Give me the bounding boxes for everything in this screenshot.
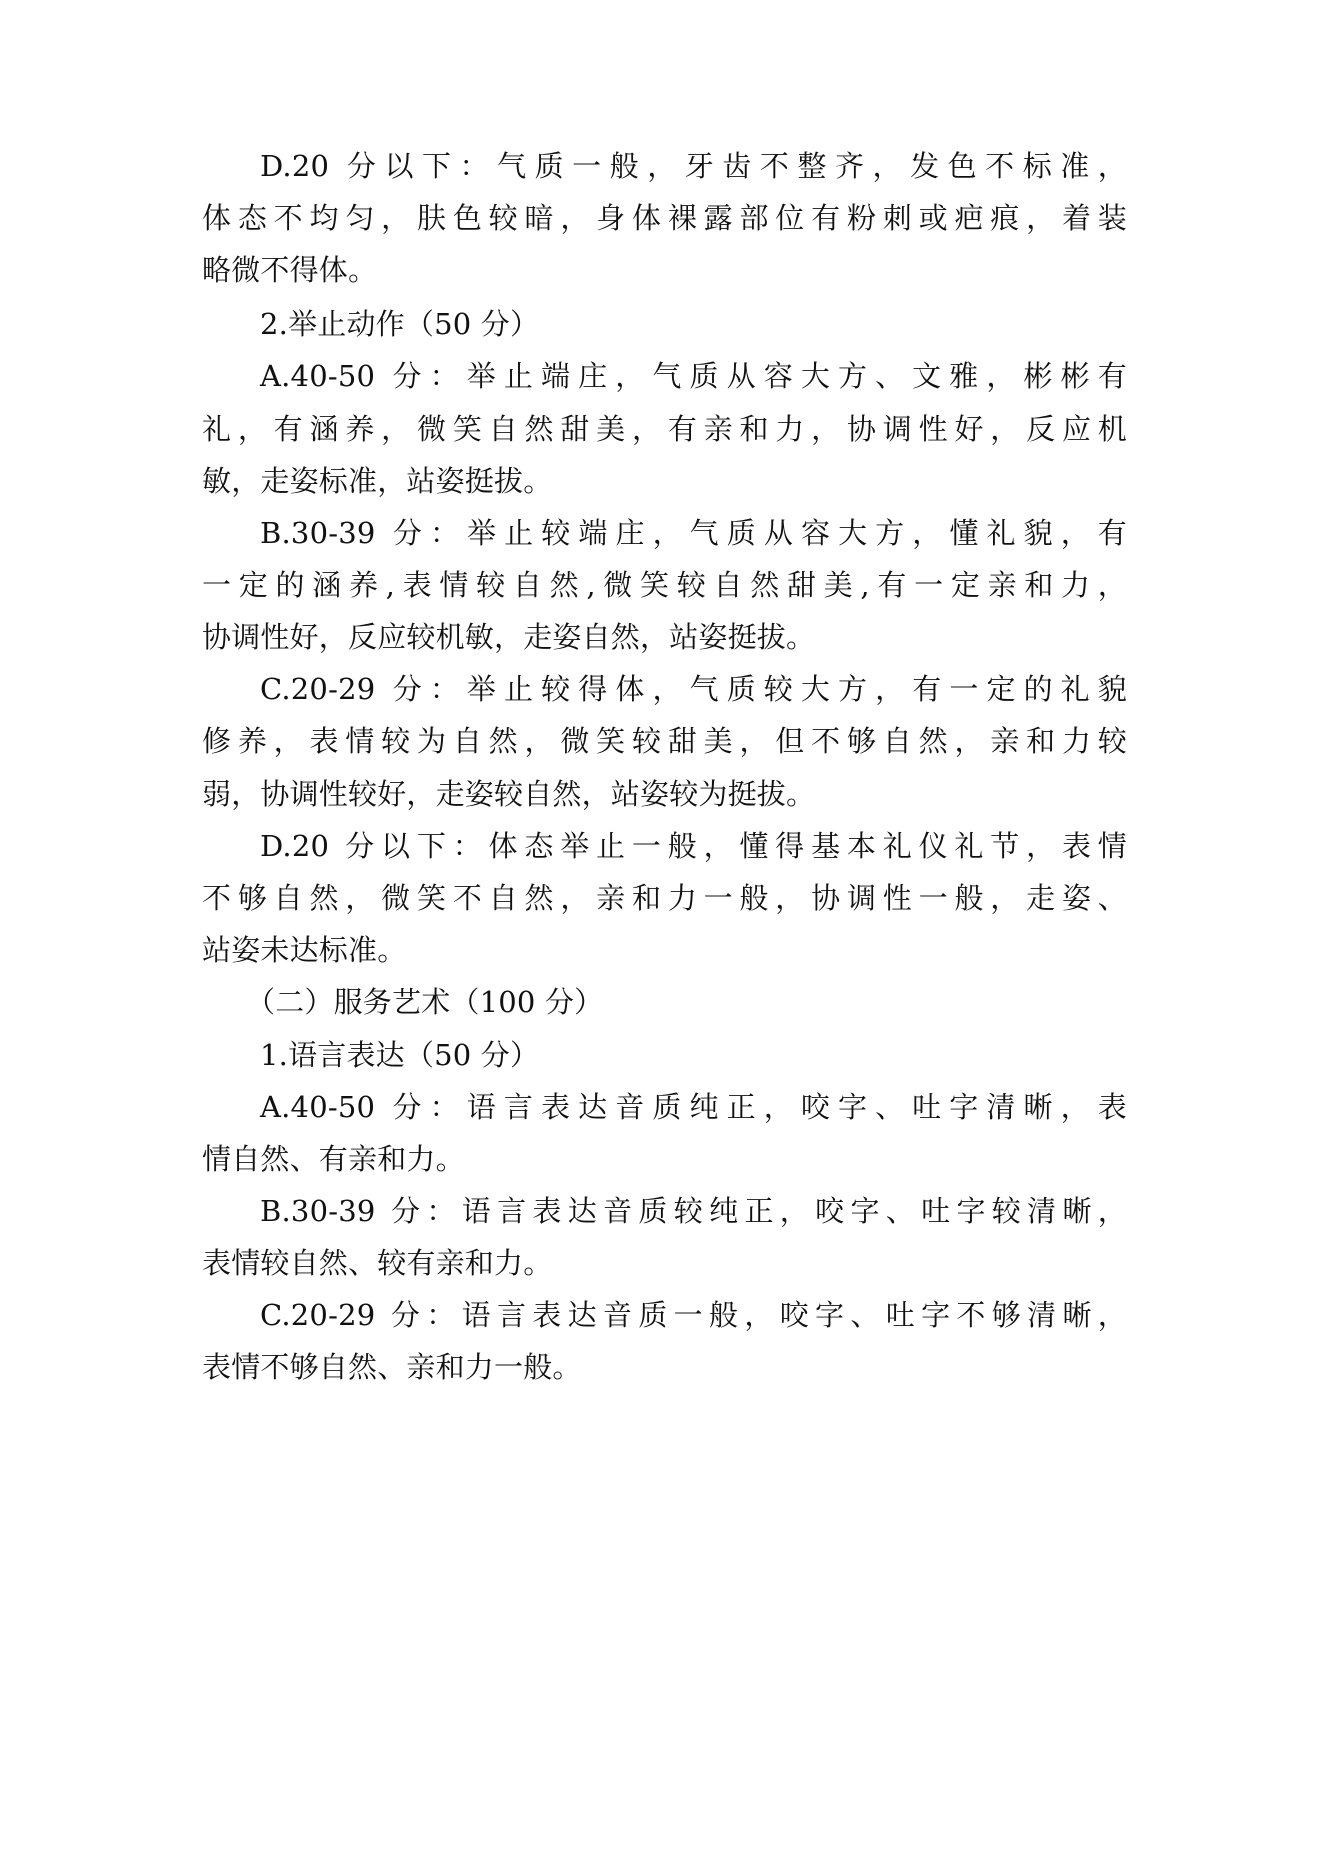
document-page: D.20 分以下：气质一般，牙齿不整齐，发色不标准， 体态不均匀，肤色较暗，身体… — [0, 0, 1323, 1871]
paragraph-deportment-d-line-2: 不够自然，微笑不自然，亲和力一般，协调性一般，走姿、 — [202, 872, 1127, 924]
paragraph-language-a-line-2: 情自然、有亲和力。 — [202, 1133, 1127, 1185]
paragraph-language-c-line-2: 表情不够自然、亲和力一般。 — [202, 1341, 1127, 1393]
paragraph-language-a-line-1: A.40-50 分：语言表达音质纯正，咬字、吐字清晰，表 — [260, 1081, 1127, 1133]
paragraph-deportment-c-line-1: C.20-29 分：举止较得体，气质较大方，有一定的礼貌 — [260, 663, 1127, 715]
paragraph-deportment-b-line-2: 一定的涵养,表情较自然,微笑较自然甜美,有一定亲和力， — [202, 559, 1127, 611]
paragraph-appearance-d-line-1: D.20 分以下：气质一般，牙齿不整齐，发色不标准， — [260, 140, 1127, 192]
paragraph-deportment-b-line-3: 协调性好，反应较机敏，走姿自然，站姿挺拔。 — [202, 611, 1127, 663]
paragraph-language-c-line-1: C.20-29 分：语言表达音质一般，咬字、吐字不够清晰， — [260, 1289, 1127, 1341]
paragraph-deportment-c-line-2: 修养，表情较为自然，微笑较甜美，但不够自然，亲和力较 — [202, 715, 1127, 767]
paragraph-deportment-d-line-3: 站姿未达标准。 — [202, 924, 1127, 976]
paragraph-deportment-d-line-1: D.20 分以下：体态举止一般，懂得基本礼仪礼节，表情 — [260, 820, 1127, 872]
paragraph-language-b-line-1: B.30-39 分：语言表达音质较纯正，咬字、吐字较清晰， — [260, 1185, 1127, 1237]
paragraph-deportment-a-line-1: A.40-50 分：举止端庄，气质从容大方、文雅，彬彬有 — [260, 350, 1127, 402]
paragraph-deportment-a-line-2: 礼，有涵养，微笑自然甜美，有亲和力，协调性好，反应机 — [202, 403, 1127, 455]
paragraph-language-b-line-2: 表情较自然、较有亲和力。 — [202, 1237, 1127, 1289]
paragraph-appearance-d-line-2: 体态不均匀，肤色较暗，身体裸露部位有粉刺或疤痕，着装 — [202, 192, 1127, 244]
section-heading-deportment: 2.举止动作（50 分） — [260, 298, 1127, 350]
section-heading-language: 1.语言表达（50 分） — [260, 1029, 1127, 1081]
paragraph-deportment-c-line-3: 弱，协调性较好，走姿较自然，站姿较为挺拔。 — [202, 768, 1127, 820]
paragraph-deportment-a-line-3: 敏，走姿标准，站姿挺拔。 — [202, 455, 1127, 507]
paragraph-appearance-d-line-3: 略微不得体。 — [202, 244, 1127, 296]
section-heading-service-art: （二）服务艺术（100 分） — [246, 976, 1113, 1028]
paragraph-deportment-b-line-1: B.30-39 分：举止较端庄，气质从容大方，懂礼貌，有 — [260, 507, 1127, 559]
